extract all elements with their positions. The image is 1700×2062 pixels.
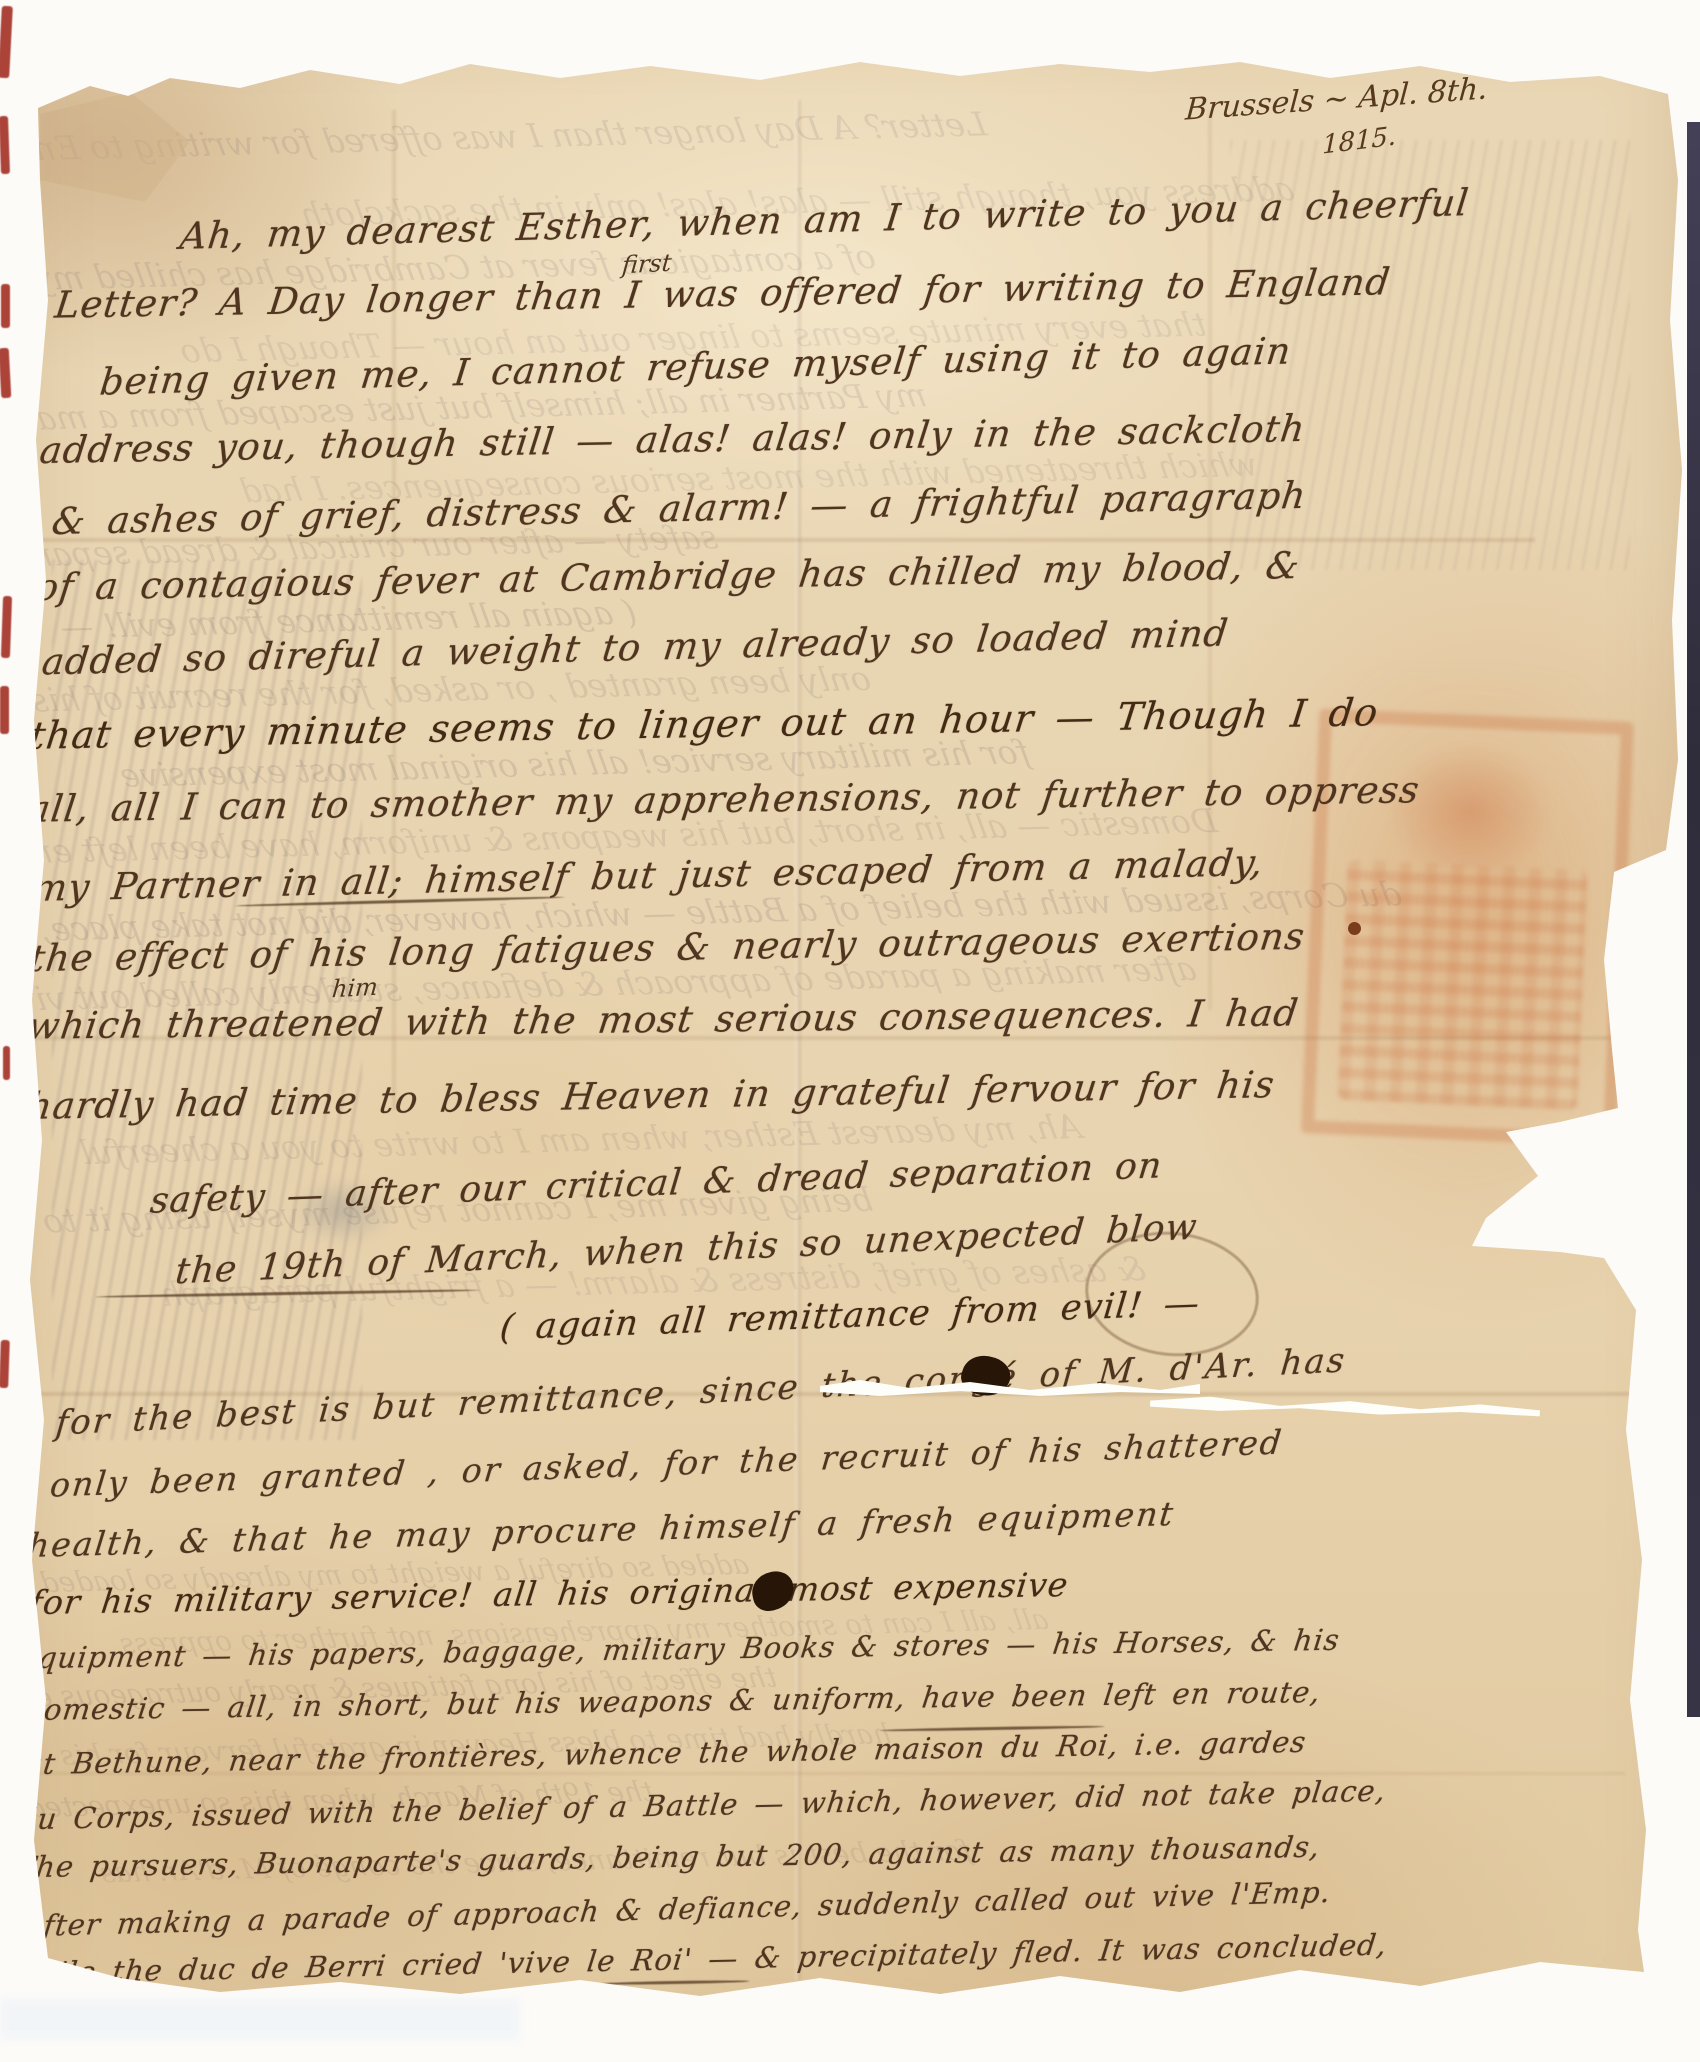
ink-blot: [1662, 1406, 1690, 1438]
insertion-word: him: [331, 973, 379, 1004]
left-edge-mark: [1, 596, 12, 658]
letter-line: The pursuers, Buonaparte's guards, being…: [14, 1830, 1322, 1885]
pen-stroke-underline: [600, 1980, 750, 1986]
letter-line: du Corps, issued with the belief of a Ba…: [16, 1774, 1388, 1837]
insertion-word: first: [621, 249, 673, 280]
scan-background: { "colors": { "paper": "#e8d5b3", "ink":…: [0, 0, 1700, 2062]
left-edge-mark: [0, 6, 13, 78]
dateline: Brussels ~ Apl. 8th.: [1184, 71, 1489, 127]
left-edge-mark: [0, 686, 9, 734]
ink-dot: [1348, 922, 1361, 935]
left-edge-mark: [0, 348, 11, 398]
scanner-edge-strip: [1687, 122, 1700, 1717]
ink-bleedthrough-smear: [52, 560, 362, 1440]
left-edge-mark: [3, 1046, 10, 1080]
paper-tear: [1150, 1395, 1540, 1422]
paper-sheet: Letter? A Day longer than I was offered …: [0, 0, 1700, 2062]
left-edge-mark: [0, 116, 10, 174]
torn-corner-flap: [40, 92, 190, 202]
scan-bottom-tint: [0, 1998, 520, 2040]
left-edge-mark: [1, 284, 10, 328]
postal-stamp-body: [1337, 860, 1587, 1110]
left-edge-mark: [0, 1340, 10, 1388]
